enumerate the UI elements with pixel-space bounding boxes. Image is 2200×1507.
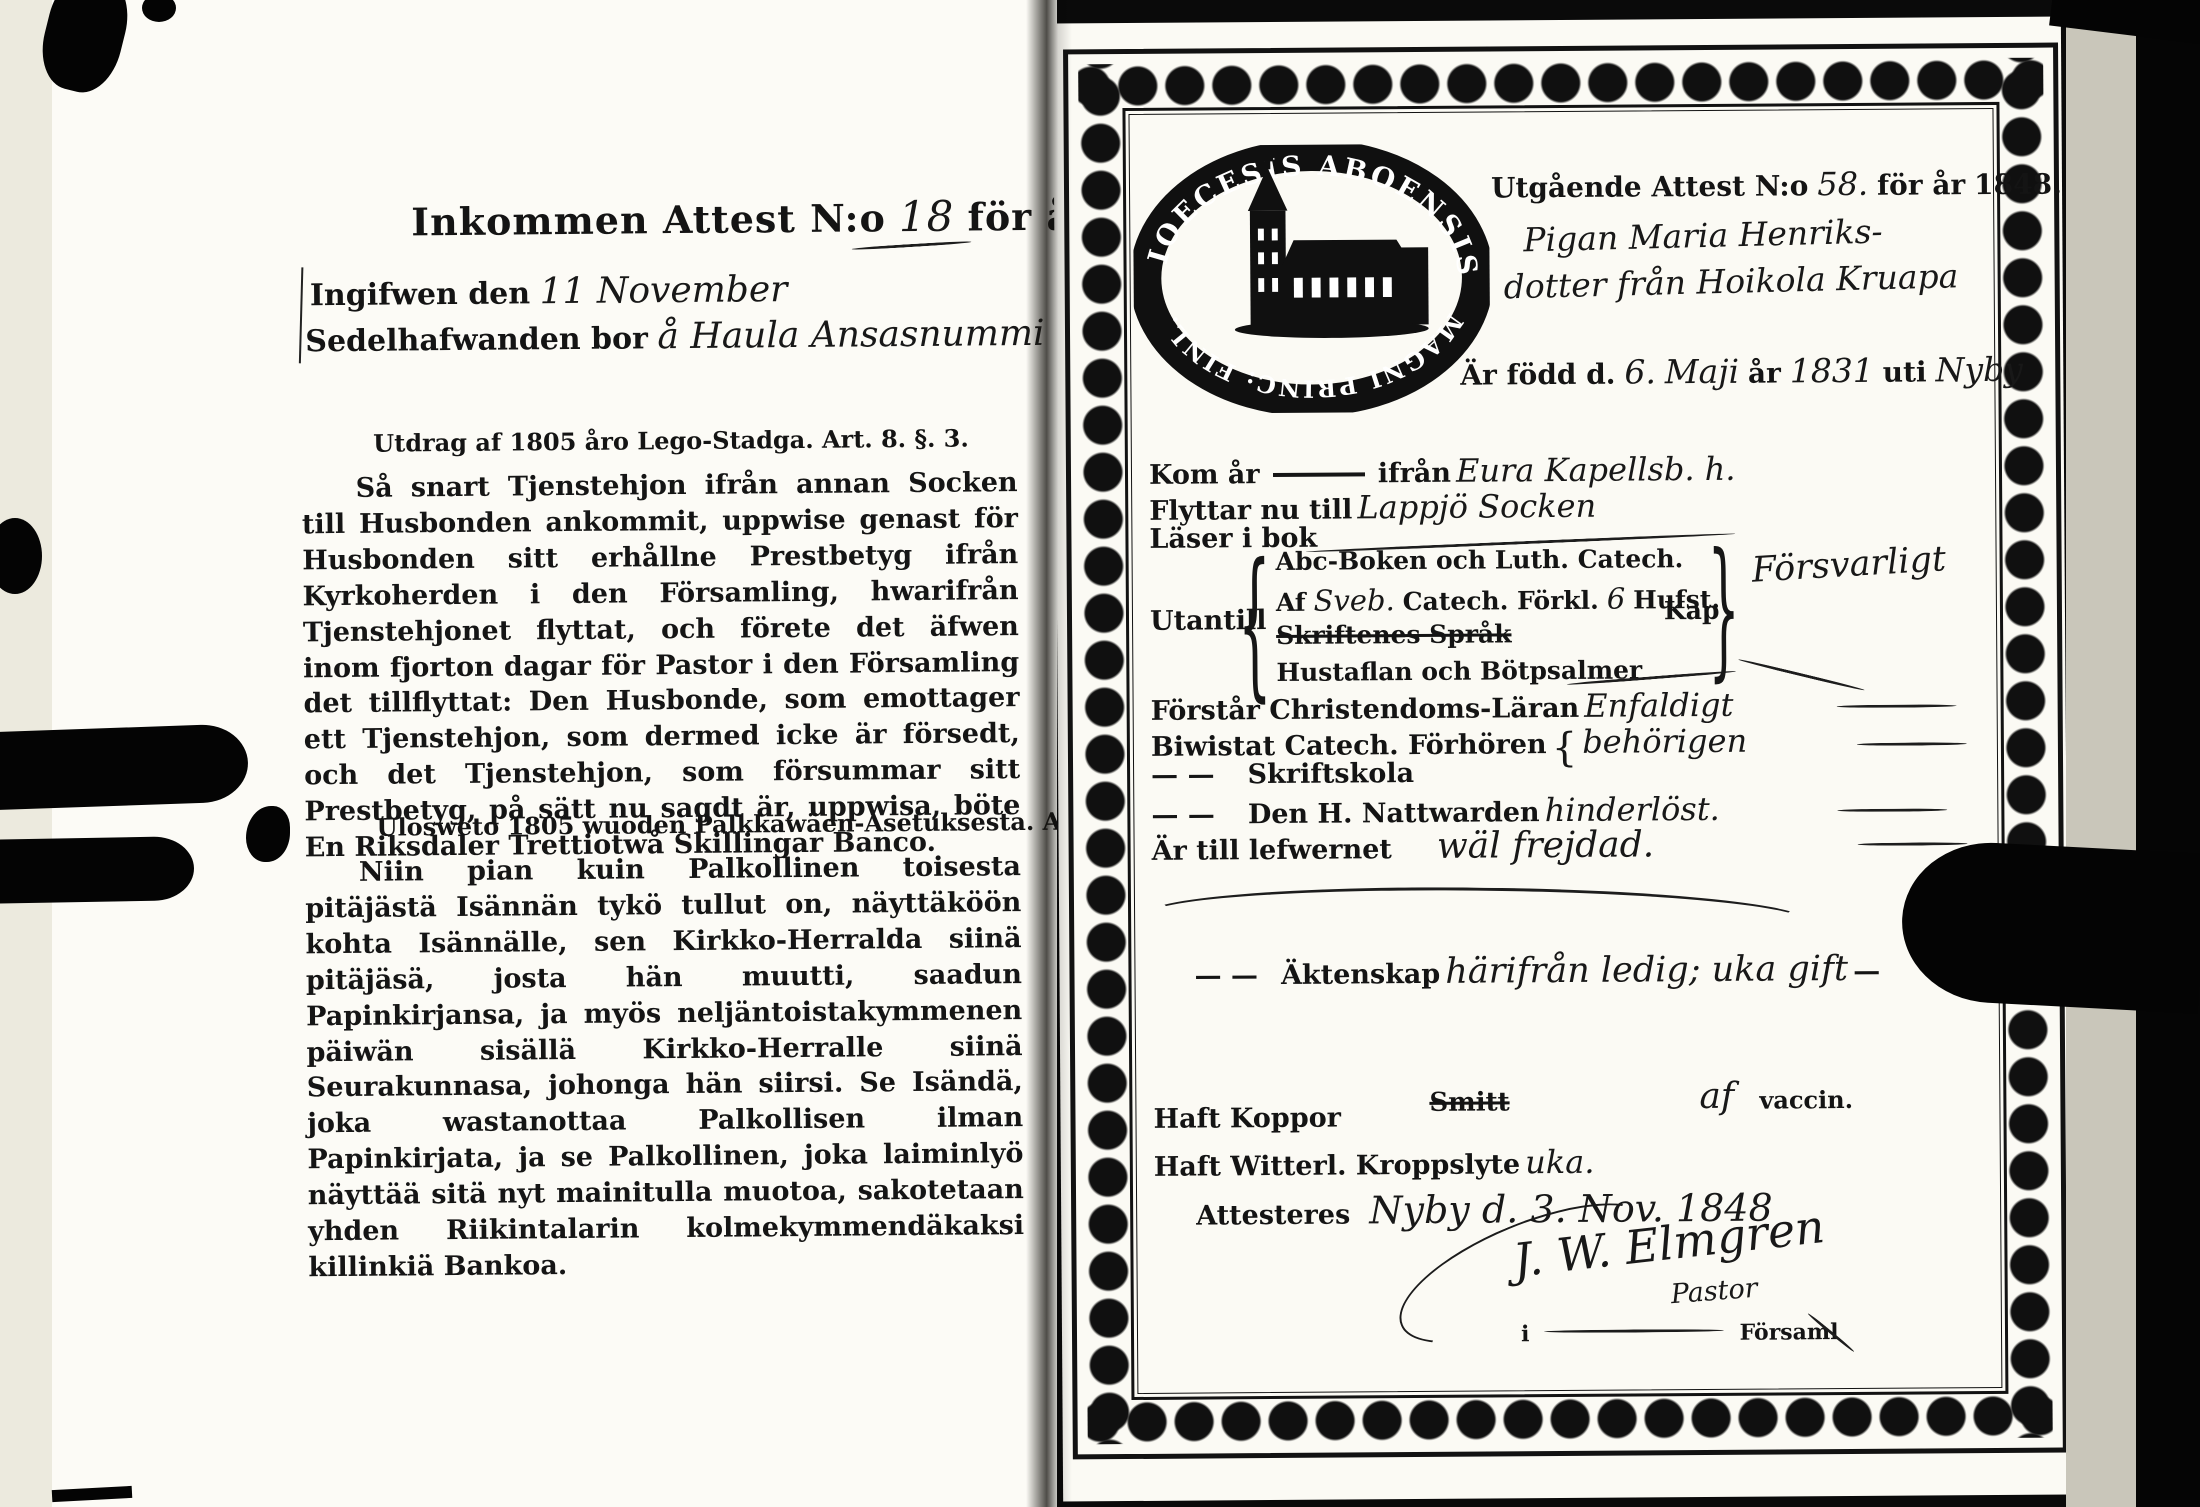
utantill-row2-printed1: Af xyxy=(1276,588,1306,617)
utantill-row3-struck: Skriftenes Språk xyxy=(1276,619,1512,650)
right-page: DIOECESIS ABOENSIS. MAGNI PRINC: FINL. xyxy=(1053,16,2071,1501)
sedelhafwanden-line: Sedelhafwanden bor å Haula Ansasnummi To… xyxy=(305,312,1139,360)
thumb-shadow-left-lower xyxy=(0,836,195,904)
ingifwen-label: Ingifwen den xyxy=(310,276,530,313)
kom-ar-label: Kom år xyxy=(1149,459,1260,491)
ditto-dashes: — — xyxy=(1151,799,1215,830)
pen-flourish xyxy=(1144,884,1811,953)
born-printed2: år xyxy=(1748,356,1781,389)
ditto-dashes: — — xyxy=(1194,960,1258,991)
attesteres-label: Attesteres xyxy=(1196,1199,1350,1231)
utgaende-attest-mid: för år xyxy=(1877,168,1965,202)
koppor-vaccin: vaccin. xyxy=(1759,1085,1853,1115)
ingifwen-line: Ingifwen den 11 November xyxy=(310,269,788,314)
cathedral-engraving-icon: DIOECESIS ABOENSIS. MAGNI PRINC: FINL. xyxy=(1133,143,1491,413)
forsaml-prefix: i xyxy=(1521,1321,1530,1347)
skriftskola-label: Skriftskola xyxy=(1247,758,1414,790)
swedish-section-heading: Utdrag af 1805 åro Lego-Stadga. Art. 8. … xyxy=(373,424,933,458)
nattwarden-value-handwritten: hinderlöst. xyxy=(1545,790,1720,829)
kroppslyte-value-handwritten: uka. xyxy=(1525,1143,1595,1181)
flyttar-row: Flyttar nu till Lappjö Socken xyxy=(1149,487,1596,528)
signature-title-handwritten: Pastor xyxy=(1670,1273,1759,1311)
biwistat-brace: { xyxy=(1552,725,1578,771)
born-day-handwritten: 6. xyxy=(1624,352,1656,391)
kom-ar-row: Kom år ifrån Eura Kapellsb. h. xyxy=(1149,450,1736,492)
aktenskap-value-handwritten: härifrån ledig; uka gift xyxy=(1445,949,1848,992)
kom-ar-value-handwritten: Eura Kapellsb. h. xyxy=(1456,450,1736,490)
kroppslyte-label: Haft Witterl. Kroppslyte xyxy=(1154,1149,1520,1183)
born-line: Är född d. 6. Maji år 1831 uti Nyby xyxy=(1460,350,2023,393)
aktenskap-trailing-dash: — xyxy=(1853,956,1880,987)
forstar-label: Förstår Christendoms-Läran xyxy=(1151,693,1580,727)
utantill-row2: Af Sveb. Catech. Förkl. 6 Hufst. xyxy=(1276,581,1720,618)
lefwernet-label: Är till lefwernet xyxy=(1152,834,1392,867)
biwistat-value-handwritten: behörigen xyxy=(1582,722,1747,761)
blank-rule xyxy=(1273,472,1365,477)
rosette-border-top xyxy=(1078,58,2043,109)
pen-stroke xyxy=(1738,658,1865,691)
pen-stroke xyxy=(1544,1329,1724,1333)
sedelhafwanden-label: Sedelhafwanden bor xyxy=(305,321,648,359)
koppor-af-handwritten: af xyxy=(1699,1076,1734,1117)
lefwernet-row: Är till lefwernet wäl frejdad. xyxy=(1151,824,1654,869)
rosette-border-bottom xyxy=(1087,1394,2052,1445)
skriftskola-row: — — Skriftskola xyxy=(1151,758,1414,791)
born-printed1: Är född d. xyxy=(1460,358,1615,392)
flyttar-label: Flyttar nu till xyxy=(1149,494,1352,526)
aktenskap-label: Äktenskap xyxy=(1281,959,1440,991)
utgaende-attest-number: 58. xyxy=(1817,165,1868,203)
ornamental-frame: DIOECESIS ABOENSIS. MAGNI PRINC: FINL. xyxy=(1063,43,2068,1460)
utantill-brace-right: } xyxy=(1707,534,1740,684)
pen-stroke xyxy=(1857,742,1967,746)
thumb-shadow-right xyxy=(1898,838,2200,1013)
ditto-dashes: — — xyxy=(1151,759,1215,790)
crease-mark xyxy=(299,267,304,363)
utgaende-attest-printed: Utgående Attest N:o xyxy=(1491,169,1809,204)
pen-stroke xyxy=(1858,842,1968,846)
book-gutter-shadow xyxy=(1026,0,1072,1507)
person-name-line2: dotter från Hoikola Kruapa xyxy=(1503,256,1958,306)
kroppslyte-row: Haft Witterl. Kroppslyte uka. xyxy=(1154,1143,1595,1184)
right-page-content: DIOECESIS ABOENSIS. MAGNI PRINC: FINL. xyxy=(1133,112,1999,1390)
attest-title-printed: Inkommen Attest N:o xyxy=(411,195,886,244)
diocese-seal: DIOECESIS ABOENSIS. MAGNI PRINC: FINL. xyxy=(1133,143,1491,413)
utantill-row2-printed2: Catech. Förkl. xyxy=(1403,586,1599,616)
pen-stroke xyxy=(1837,704,1957,708)
utantill-brace-left: { xyxy=(1237,545,1271,706)
pen-stroke xyxy=(852,240,972,250)
ingifwen-date-handwritten: 11 November xyxy=(539,269,787,312)
page-stack-edge xyxy=(2066,0,2136,1507)
forsaml-row: i Församl xyxy=(1521,1319,1839,1347)
right-page-title: Utgående Attest N:o 58. för år 1848. xyxy=(1491,163,2062,205)
thumb-shadow-left-upper xyxy=(0,723,249,810)
kom-ar-mid: ifrån xyxy=(1378,458,1451,490)
person-name-line1: Pigan Maria Henriks- xyxy=(1523,212,1883,260)
utantill-row1: Abc-Boken och Luth. Catech. xyxy=(1276,544,1684,576)
attest-number-handwritten: 18 xyxy=(899,192,955,241)
koppor-smitt-struck: Smitt xyxy=(1429,1087,1509,1118)
photo-right-black-edge xyxy=(2136,0,2200,1507)
flyttar-value-handwritten: Lappjö Socken xyxy=(1357,487,1596,527)
utantill-row2-handwritten2: 6 xyxy=(1607,582,1626,616)
lefwernet-value-handwritten: wäl frejdad. xyxy=(1437,824,1655,867)
pen-stroke xyxy=(1837,808,1947,812)
born-month-handwritten: Maji xyxy=(1665,352,1740,392)
utantill-row2-handwritten1: Sveb. xyxy=(1313,583,1394,618)
utgaende-attest-year: 1848. xyxy=(1974,167,2062,201)
koppor-label: Haft Koppor xyxy=(1153,1103,1341,1135)
utantill-result-handwritten: Försvarligt xyxy=(1751,539,1947,590)
born-printed3: uti xyxy=(1883,355,1927,388)
finnish-section-heading: Ulosweto 1805 wuoden Palkkawäen-Asetukse… xyxy=(376,808,936,842)
forstar-value-handwritten: Enfaldigt xyxy=(1584,686,1733,725)
aktenskap-row: — — Äktenskap härifrån ledig; uka gift — xyxy=(1194,949,1880,994)
finnish-section-body: Niin pian kuin Palkollinen toisesta pitä… xyxy=(305,849,1025,1286)
born-place-handwritten: Nyby xyxy=(1935,350,2023,390)
forsaml-word: Församl xyxy=(1739,1319,1838,1346)
born-year-handwritten: 1831 xyxy=(1790,351,1874,391)
swedish-section-body: Så snart Tjenstehjon ifrån annan Socken … xyxy=(301,465,1020,866)
